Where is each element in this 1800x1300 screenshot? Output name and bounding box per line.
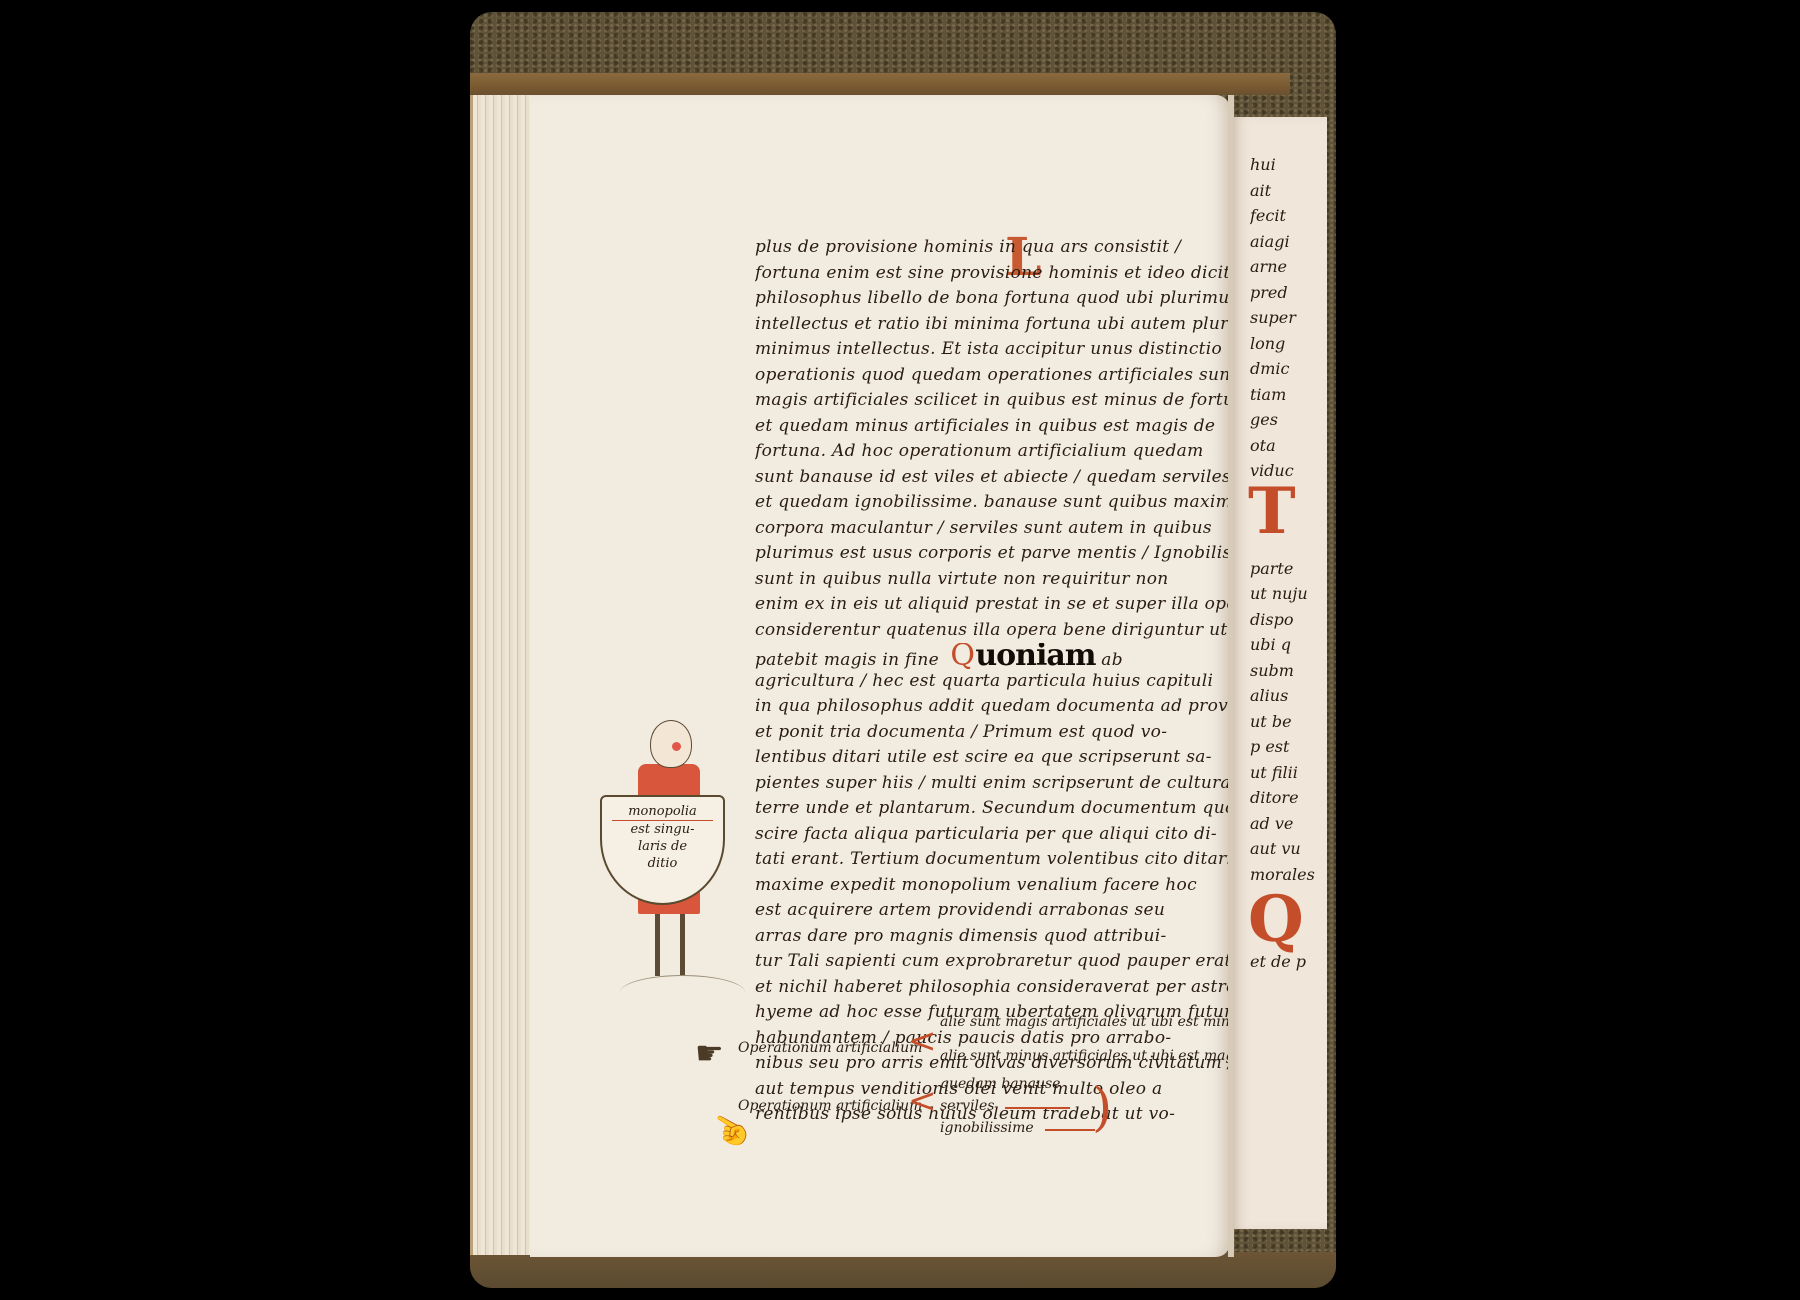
top-headband: [470, 73, 1290, 95]
text-line: tati erant. Tertium documentum volentibu…: [755, 847, 1291, 873]
margin-figure-illustration: monopolia est singu- laris de ditio: [600, 720, 740, 1010]
figure-head: [650, 720, 692, 768]
text-line: arne: [1250, 254, 1330, 280]
diagram-branch: ignobilissime: [940, 1120, 1034, 1136]
red-initial-T: T: [1248, 474, 1296, 549]
text-line: operationis quod quedam operationes arti…: [755, 363, 1291, 389]
text-line: pred: [1250, 280, 1330, 306]
branching-diagram: ☛ Operationum artificialium < alie sunt …: [700, 1012, 1300, 1242]
ground-mound: [620, 975, 745, 1010]
shield-banner: monopolia est singu- laris de ditio: [600, 795, 725, 905]
text-line: ad ve: [1250, 811, 1330, 837]
text-line: considerentur quatenus illa opera bene d…: [755, 618, 1291, 644]
text-line: alius: [1250, 683, 1330, 709]
text-line: agricultura / hec est quarta particula h…: [755, 669, 1291, 695]
text-line: aut vu: [1250, 836, 1330, 862]
text-line: est acquirere artem providendi arrabonas…: [755, 898, 1291, 924]
text-line: parte: [1250, 556, 1330, 582]
text-line: hui: [1250, 152, 1330, 178]
text-line: dispo: [1250, 607, 1330, 633]
text-line: tiam: [1250, 382, 1330, 408]
text-line: subm: [1250, 658, 1330, 684]
left-page: L plus de provisione hominis in qua ars …: [530, 95, 1230, 1257]
text-line: fortuna enim est sine provisione hominis…: [755, 261, 1291, 287]
book-binding: L plus de provisione hominis in qua ars …: [470, 12, 1336, 1288]
right-page-text: hui ait fecit aiagi arne pred super long…: [1250, 152, 1330, 975]
text-line: scire facta aliqua particularia per que …: [755, 822, 1291, 848]
shield-text-line: est singu-: [602, 821, 723, 838]
heading-line: patebit magis in fine Quoniam ab: [755, 643, 1291, 669]
text-line: plurimus est usus corporis et parve ment…: [755, 541, 1291, 567]
text-line: lentibus ditari utile est scire ea que s…: [755, 745, 1291, 771]
figure-leg: [655, 914, 660, 976]
text-line: arras dare pro magnis dimensis quod attr…: [755, 924, 1291, 950]
text-line: minimus intellectus. Et ista accipitur u…: [755, 337, 1291, 363]
diagram-root: Operationum artificialium: [738, 1040, 922, 1056]
figure-leg: [680, 914, 685, 976]
text-line: plus de provisione hominis in qua ars co…: [755, 235, 1291, 261]
bottom-binding: [470, 1252, 1336, 1288]
text-line: p est: [1250, 734, 1330, 760]
text-line: enim ex in eis ut aliquid prestat in se …: [755, 592, 1291, 618]
pointing-hand-icon: ☛: [695, 1034, 724, 1072]
text-line: sunt in quibus nulla virtute non requiri…: [755, 567, 1291, 593]
text-line: tur Tali sapienti cum exprobraretur quod…: [755, 949, 1291, 975]
text-line: ut filii: [1250, 760, 1330, 786]
text-line: philosophus libello de bona fortuna quod…: [755, 286, 1291, 312]
text-line: ditore: [1250, 785, 1330, 811]
text-line: sunt banause id est viles et abiecte / q…: [755, 465, 1291, 491]
text-line: fortuna. Ad hoc operationum artificialiu…: [755, 439, 1291, 465]
text-line: in qua philosophus addit quedam document…: [755, 694, 1291, 720]
text-line: magis artificiales scilicet in quibus es…: [755, 388, 1291, 414]
text-line: ut be: [1250, 709, 1330, 735]
text-line: dmic: [1250, 356, 1330, 382]
text-line: ut nuju: [1250, 581, 1330, 607]
text-line: et quedam minus artificiales in quibus e…: [755, 414, 1291, 440]
main-text-column: plus de provisione hominis in qua ars co…: [755, 235, 1291, 1128]
text-line: maxime expedit monopolium venalium facer…: [755, 873, 1291, 899]
shield-text-line: laris de: [602, 838, 723, 855]
text-line: terre unde et plantarum. Secundum docume…: [755, 796, 1291, 822]
text-line: super: [1250, 305, 1330, 331]
text-line: pientes super hiis / multi enim scripser…: [755, 771, 1291, 797]
diagram-branch: quedam banause: [940, 1076, 1060, 1092]
text-line: fecit: [1250, 203, 1330, 229]
text-line: et ponit tria documenta / Primum est quo…: [755, 720, 1291, 746]
red-bracket-icon: ): [1092, 1082, 1112, 1134]
red-connector-line: [1045, 1129, 1095, 1131]
red-bracket-icon: <: [908, 1084, 937, 1118]
text-line: et nichil haberet philosophia considerav…: [755, 975, 1291, 1001]
text-line: long: [1250, 331, 1330, 357]
text-line: et quedam ignobilissime. banause sunt qu…: [755, 490, 1291, 516]
shield-text-line: ditio: [602, 855, 723, 872]
text-line: ubi q: [1250, 632, 1330, 658]
heading-trailing: ab: [1101, 650, 1123, 669]
text-line: ait: [1250, 178, 1330, 204]
red-bracket-icon: <: [908, 1024, 937, 1058]
text-line: aiagi: [1250, 229, 1330, 255]
text-fragment: patebit magis in fine: [755, 650, 939, 669]
red-initial-Q: Q: [1248, 882, 1304, 957]
diagram-branch: alie sunt magis artificiales ut ubi est …: [940, 1014, 1268, 1030]
text-line: ota: [1250, 433, 1330, 459]
diagram-branch: serviles: [940, 1098, 995, 1114]
red-connector-line: [1005, 1107, 1070, 1109]
diagram-root: Operationum artificialium: [738, 1098, 922, 1114]
figure-cheek: [672, 742, 681, 751]
shield-text-line: monopolia: [612, 803, 713, 821]
section-heading: uoniam: [975, 643, 1095, 669]
page-edges-stack: [470, 95, 532, 1255]
text-line: intellectus et ratio ibi minima fortuna …: [755, 312, 1291, 338]
text-line: corpora maculantur / serviles sunt autem…: [755, 516, 1291, 542]
red-initial: Q: [950, 643, 975, 669]
text-line: ges: [1250, 407, 1330, 433]
